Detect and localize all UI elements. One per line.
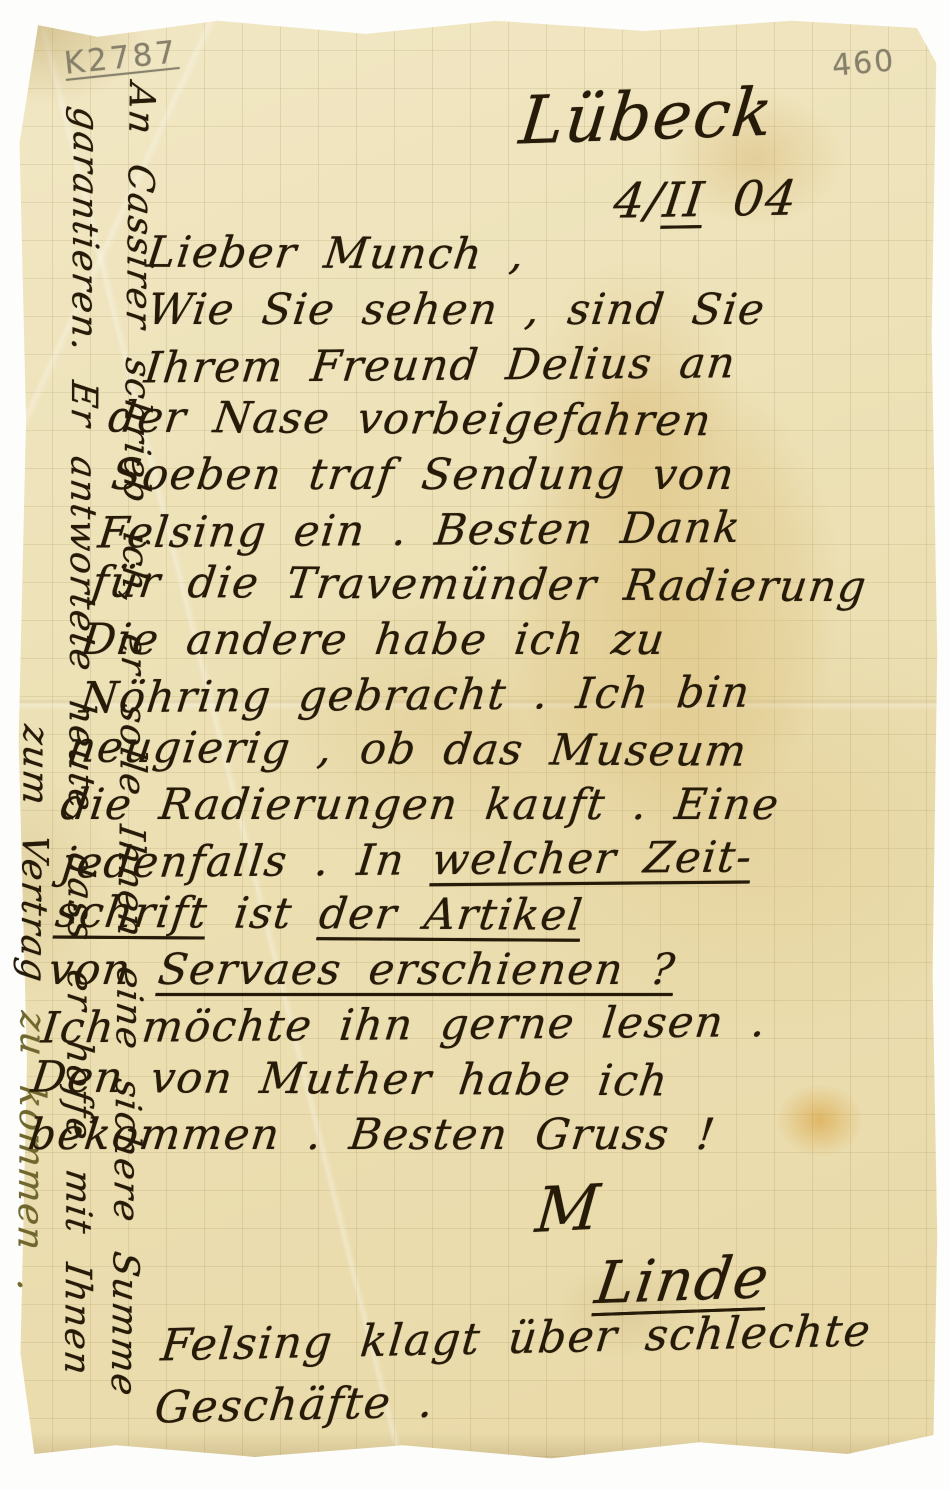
- handwriting-segment: der Artikel: [316, 889, 586, 941]
- handwriting-segment: Servaes erschienen ?: [155, 945, 678, 995]
- handwriting-segment: welcher Zeit-: [429, 832, 755, 885]
- pencil-catalog-number-right: 460: [831, 43, 897, 83]
- handwriting-segment: II: [660, 172, 708, 229]
- letter-line: bekommen . Besten Gruss !: [25, 1108, 834, 1163]
- handwriting-segment: von: [46, 945, 162, 995]
- signature-initial: M: [533, 1170, 604, 1247]
- handwriting-segment: Geschäfte .: [152, 1377, 437, 1434]
- letter-line: Lieber Munch ,: [143, 226, 941, 286]
- letter-body: Lieber Munch ,Wie Sie sehen , sind SieIh…: [17, 228, 942, 1163]
- handwriting-segment: die Radierungen kauft . Eine: [58, 780, 782, 830]
- letter-line: jedenfalls . In welcher Zeit-: [59, 830, 868, 892]
- letter-place: Lübeck: [516, 73, 778, 159]
- letter-line: die Radierungen kauft . Eine: [58, 778, 875, 833]
- handwriting-segment: Lieber Munch ,: [144, 228, 529, 280]
- scan-stage: K2787 460 Lübeck 4/II 04 An Cassirer sch…: [0, 0, 950, 1490]
- letter-line: Die andere habe ich zu: [78, 613, 895, 668]
- letter-line: Ihrem Freund Delius an: [142, 335, 929, 397]
- letter-postscript: Felsing klagt über schlechteGeschäfte .: [152, 1300, 875, 1439]
- letter-line: Den von Muther habe ich: [28, 1051, 840, 1111]
- letter-line: von Servaes erschienen ?: [45, 943, 854, 998]
- handwriting-segment: Soeben traf Sendung von: [109, 450, 738, 500]
- handwriting-segment: 04: [701, 170, 801, 228]
- handwriting-segment: Ihrem Freund Delius an: [142, 338, 739, 393]
- handwriting-segment: Den von Muther habe ich: [28, 1053, 671, 1107]
- letter-line: der Nase vorbeigefahren: [105, 391, 921, 451]
- letter-line: für die Travemünder Radierung: [89, 556, 901, 616]
- letter-date: 4/II 04: [611, 170, 801, 229]
- handwriting-segment: schrift: [53, 888, 211, 939]
- letter-line: Felsing ein . Besten Dank: [95, 499, 908, 561]
- handwriting-segment: Nöhring gebracht . Ich bin: [77, 668, 753, 724]
- handwriting-segment: der Nase vorbeigefahren: [106, 393, 716, 447]
- handwriting-segment: für die Travemünder Radierung: [89, 558, 870, 613]
- handwriting-segment: bekommen . Besten Gruss !: [26, 1110, 719, 1160]
- letter-line: neugierig , ob das Museum: [65, 721, 881, 781]
- letter-line: 4/II 04: [611, 170, 801, 229]
- handwriting-segment: 4/: [611, 173, 668, 230]
- handwriting-segment: Wie Sie sehen , sind Sie: [145, 285, 768, 335]
- letter-line: Soeben traf Sendung von: [108, 448, 915, 503]
- handwriting-segment: jedenfalls . In: [59, 835, 435, 888]
- letter-line: Wie Sie sehen , sind Sie: [144, 283, 935, 338]
- handwriting-segment: ist: [204, 888, 322, 939]
- letter-line: Ich möchte ihn gerne lesen .: [39, 995, 848, 1057]
- handwriting-segment: Felsing ein . Besten Dank: [96, 503, 744, 559]
- letter-line: schrift ist der Artikel: [52, 886, 860, 946]
- handwriting-segment: Die andere habe ich zu: [78, 615, 668, 665]
- letter-line: Nöhring gebracht . Ich bin: [77, 664, 888, 726]
- handwriting-segment: Felsing klagt über schlechte: [159, 1305, 874, 1371]
- handwriting-segment: Ich möchte ihn gerne lesen .: [39, 997, 770, 1053]
- handwriting-segment: neugierig , ob das Museum: [65, 723, 751, 777]
